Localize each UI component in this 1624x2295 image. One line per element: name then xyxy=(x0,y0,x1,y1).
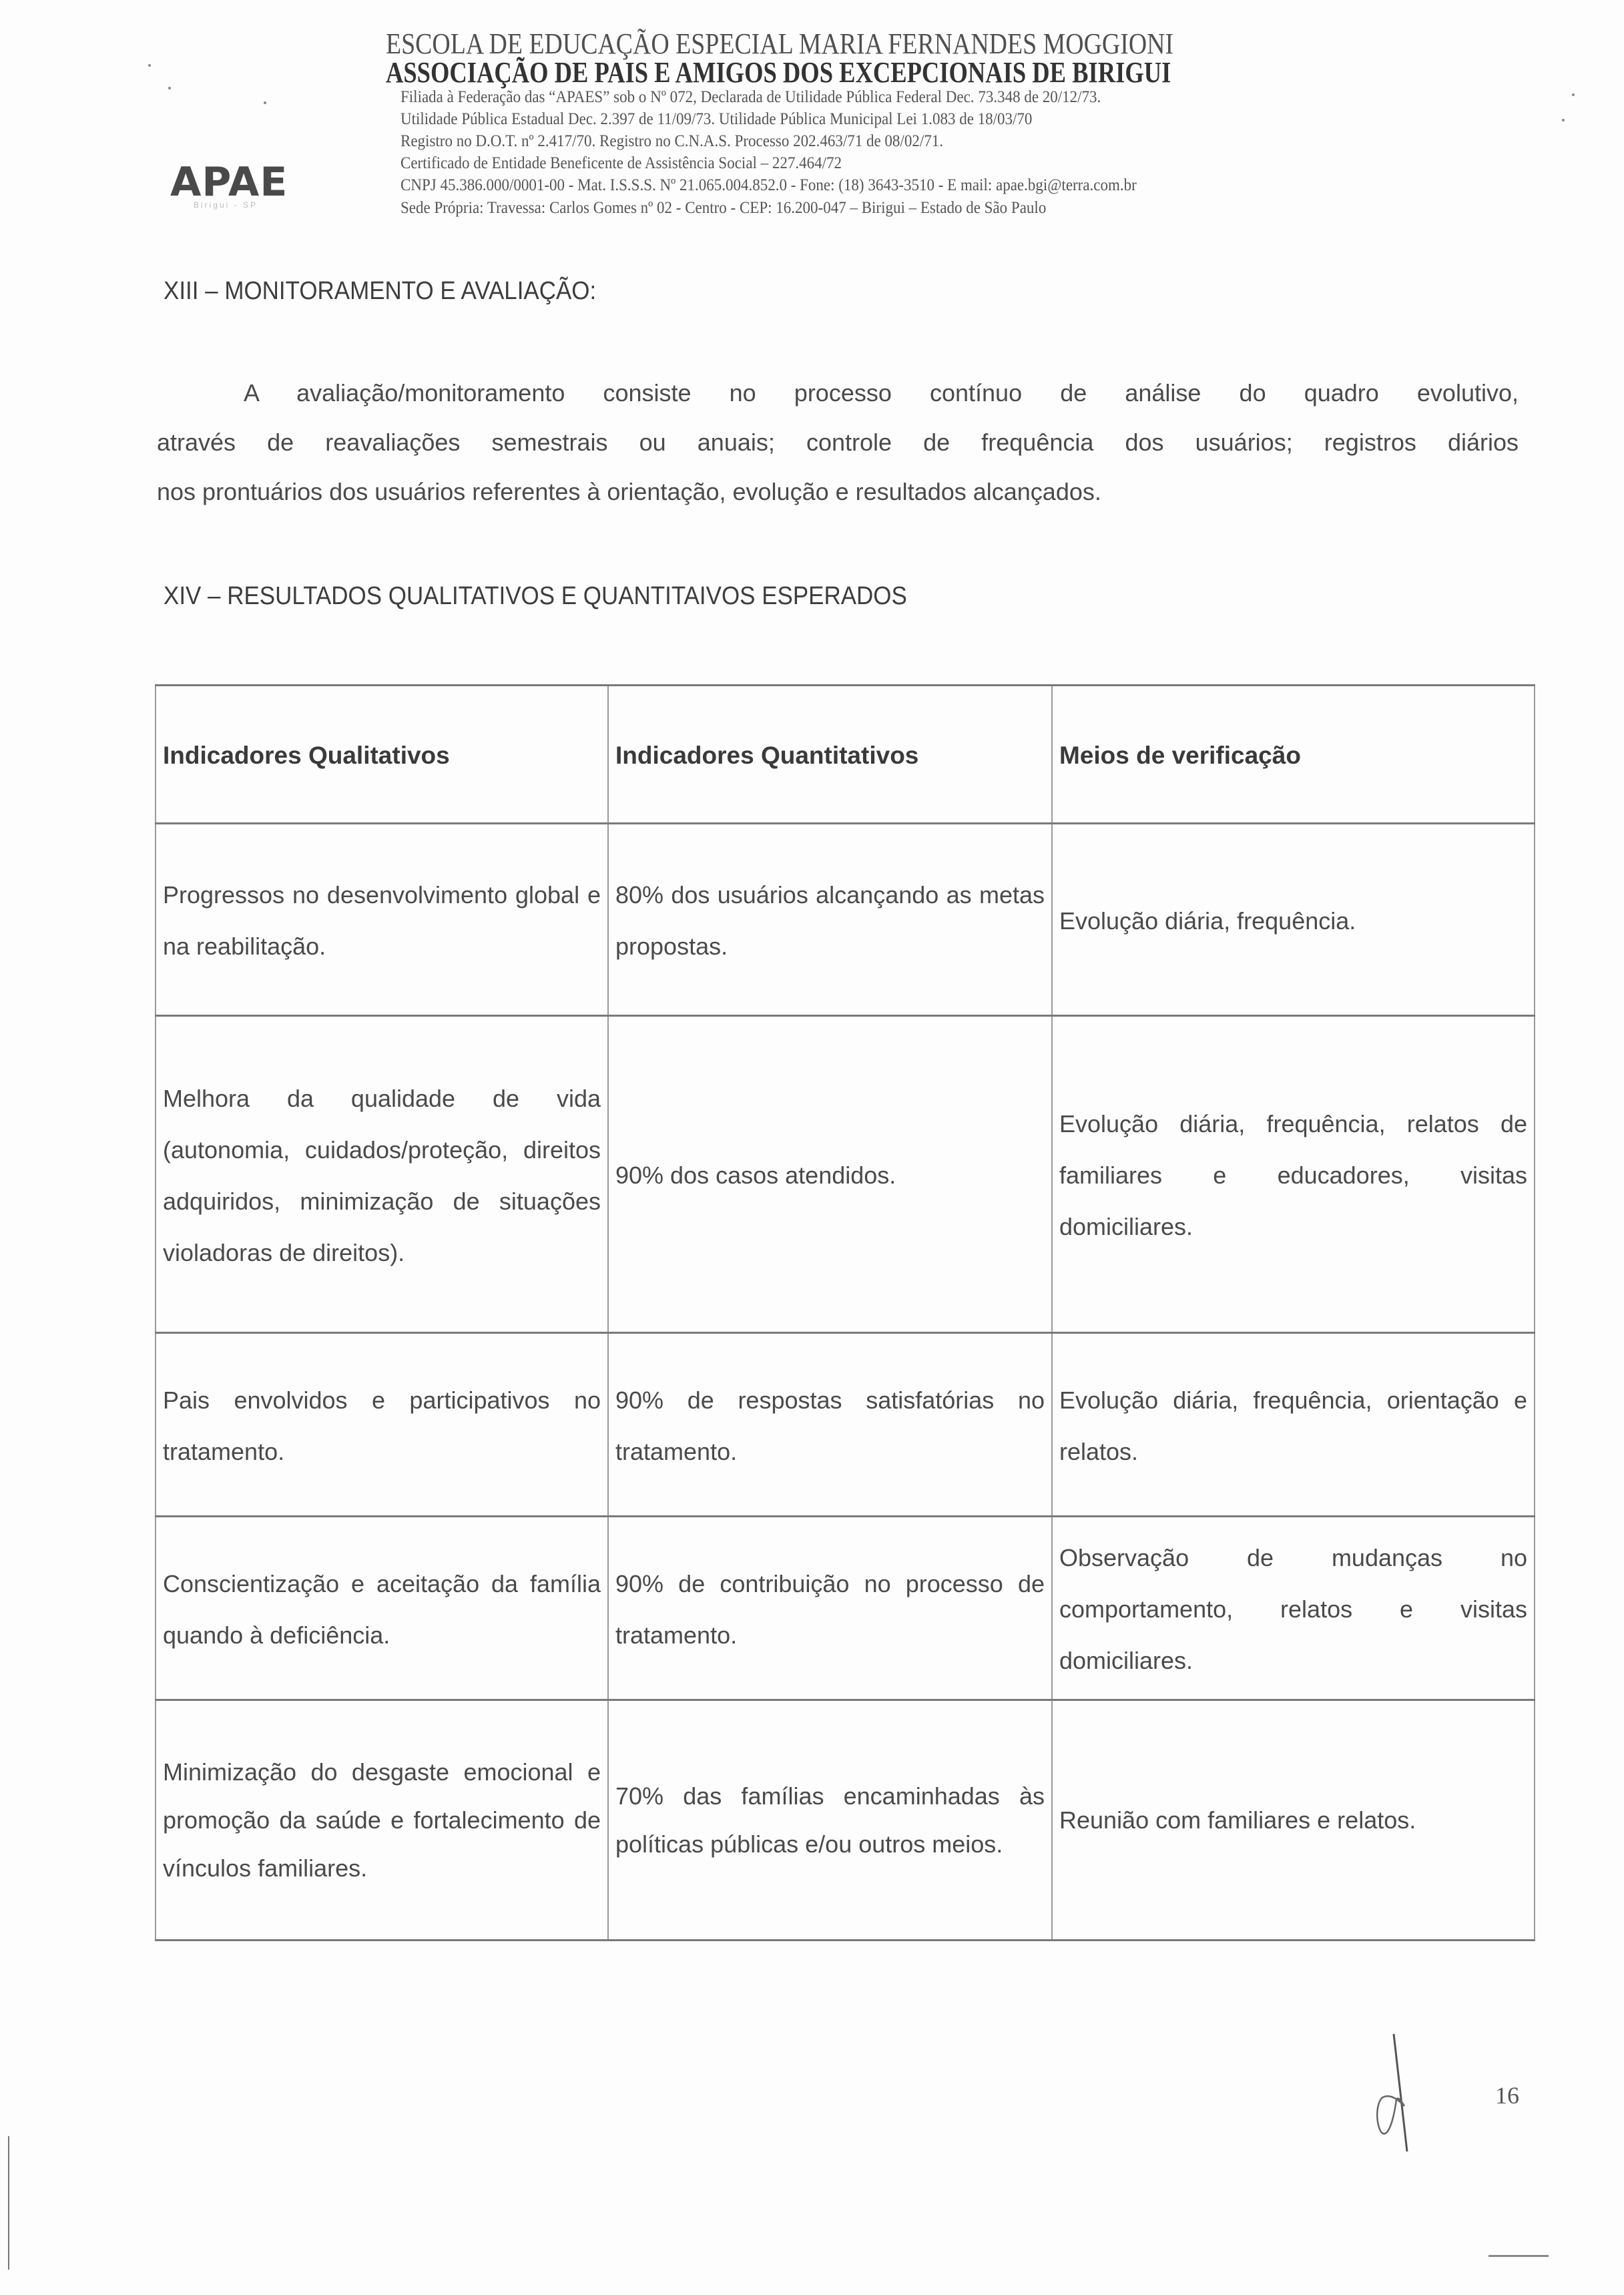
qualitative-cell: Conscientização e aceitação da família q… xyxy=(155,1517,607,1701)
verification-cell: Reunião com familiares e relatos. xyxy=(1051,1701,1535,1939)
table-row: Minimização do desgaste emocional e prom… xyxy=(155,1699,1535,1941)
letterhead-line: Filiada à Federação das “APAES” sob o Nº… xyxy=(400,88,1101,107)
verification-cell: Evolução diária, frequência, relatos de … xyxy=(1051,1017,1535,1334)
page-number: 16 xyxy=(1495,2081,1519,2109)
letterhead-line: Sede Própria: Travessa: Carlos Gomes nº … xyxy=(400,199,1046,218)
scan-edge-mark xyxy=(8,2136,9,2270)
quantitative-cell: 90% dos casos atendidos. xyxy=(607,1017,1051,1334)
apae-logo: APAE xyxy=(170,159,288,206)
paragraph-line: A avaliação/monitoramento consiste no pr… xyxy=(244,379,1519,407)
scan-speck xyxy=(1572,93,1575,96)
apae-logo-subtext: Birigui - SP xyxy=(194,200,258,210)
verification-cell: Observação de mudanças no comportamento,… xyxy=(1051,1517,1535,1701)
document-page: ESCOLA DE EDUCAÇÃO ESPECIAL MARIA FERNAN… xyxy=(0,0,1624,2295)
scan-edge-mark xyxy=(1488,2255,1549,2257)
table-header-row: Indicadores Qualitativos Indicadores Qua… xyxy=(155,684,1535,824)
association-name: ASSOCIAÇÃO DE PAIS E AMIGOS DOS EXCEPCIO… xyxy=(386,55,1171,89)
quantitative-cell: 90% de respostas satisfatórias no tratam… xyxy=(607,1334,1051,1517)
letterhead-line: CNPJ 45.386.000/0001-00 - Mat. I.S.S.S. … xyxy=(400,176,1137,195)
quantitative-cell: 90% de contribuição no processo de trata… xyxy=(607,1517,1051,1701)
column-header-verification: Meios de verificação xyxy=(1051,686,1535,824)
qualitative-cell: Minimização do desgaste emocional e prom… xyxy=(155,1701,607,1939)
qualitative-cell: Pais envolvidos e participativos no trat… xyxy=(155,1334,607,1517)
section-14-heading: XIV – RESULTADOS QUALITATIVOS E QUANTITA… xyxy=(164,582,907,611)
section-13-heading: XIII – MONITORAMENTO E AVALIAÇÃO: xyxy=(164,277,596,306)
letterhead-line: Registro no D.O.T. nº 2.417/70. Registro… xyxy=(400,132,943,151)
scan-speck xyxy=(264,101,266,104)
scan-speck xyxy=(168,87,171,89)
letterhead-line: Utilidade Pública Estadual Dec. 2.397 de… xyxy=(400,110,1032,129)
qualitative-cell: Progressos no desenvolvimento global e n… xyxy=(155,824,607,1017)
column-header-quantitative: Indicadores Quantitativos xyxy=(607,686,1051,824)
quantitative-cell: 80% dos usuários alcançando as metas pro… xyxy=(607,824,1051,1017)
table-row: Pais envolvidos e participativos no trat… xyxy=(155,1332,1535,1517)
table-row: Conscientização e aceitação da família q… xyxy=(155,1515,1535,1701)
scan-speck xyxy=(1562,119,1565,121)
column-header-qualitative: Indicadores Qualitativos xyxy=(155,686,607,824)
paragraph-line: através de reavaliações semestrais ou an… xyxy=(157,429,1519,457)
quantitative-cell: 70% das famílias encaminhadas às polític… xyxy=(607,1701,1051,1939)
verification-cell: Evolução diária, frequência, orientação … xyxy=(1051,1334,1535,1517)
qualitative-cell: Melhora da qualidade de vida (autonomia,… xyxy=(155,1017,607,1334)
letterhead-line: Certificado de Entidade Beneficente de A… xyxy=(400,154,842,173)
signature-icon xyxy=(1375,2033,1455,2166)
paragraph-line: nos prontuários dos usuários referentes … xyxy=(157,478,1519,506)
table-row: Progressos no desenvolvimento global e n… xyxy=(155,822,1535,1017)
verification-cell: Evolução diária, frequência. xyxy=(1051,824,1535,1017)
scan-speck xyxy=(148,64,151,67)
table-row: Melhora da qualidade de vida (autonomia,… xyxy=(155,1015,1535,1334)
